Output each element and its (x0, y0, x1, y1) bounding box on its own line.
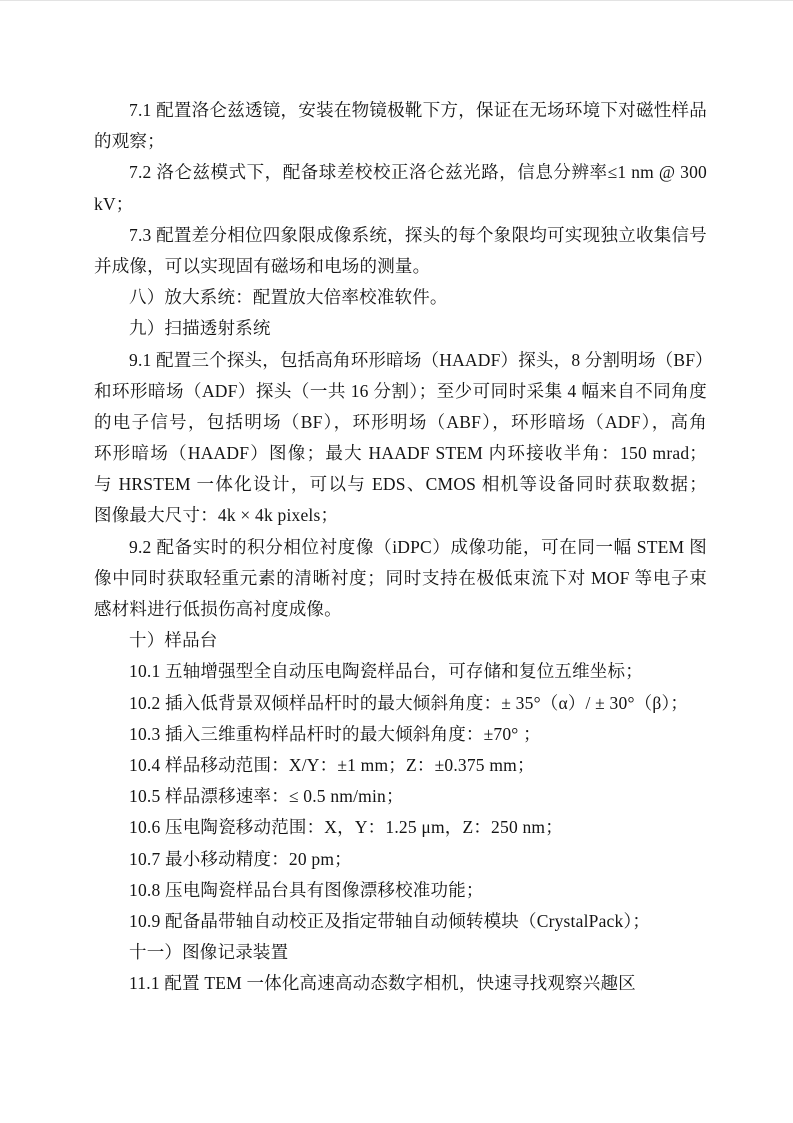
text-line: 10.8 压电陶瓷样品台具有图像漂移校准功能； (94, 875, 707, 906)
document-page: 7.1 配置洛仑兹透镜，安装在物镜极靴下方，保证在无场环境下对磁性样品的观察；7… (0, 1, 793, 1123)
text-line: 十一）图像记录装置 (94, 937, 707, 968)
text-line: 的电子信号，包括明场（BF），环形明场（ABF），环形暗场（ADF），高角 (94, 407, 707, 438)
text-line: 11.1 配置 TEM 一体化高速高动态数字相机，快速寻找观察兴趣区 (94, 968, 707, 999)
text-line: 十）样品台 (94, 625, 707, 656)
text-line: 10.2 插入低背景双倾样品杆时的最大倾斜角度：± 35°（α）/ ± 30°（… (94, 688, 707, 719)
text-line: 9.1 配置三个探头，包括高角环形暗场（HAADF）探头，8 分割明场（BF） (94, 345, 707, 376)
text-line: 7.3 配置差分相位四象限成像系统，探头的每个象限均可实现独立收集信号 (94, 220, 707, 251)
text-line: 9.2 配备实时的积分相位衬度像（iDPC）成像功能，可在同一幅 STEM 图 (94, 532, 707, 563)
text-line: kV； (94, 189, 707, 220)
text-line: 感材料进行低损伤高衬度成像。 (94, 594, 707, 625)
text-line: 环形暗场（HAADF）图像；最大 HAADF STEM 内环接收半角：150 m… (94, 438, 707, 469)
text-line: 7.2 洛仑兹模式下，配备球差校校正洛仑兹光路，信息分辨率≤1 nm @ 300 (94, 157, 707, 188)
text-line: 八）放大系统：配置放大倍率校准软件。 (94, 282, 707, 313)
text-line: 10.4 样品移动范围：X/Y：±1 mm；Z：±0.375 mm； (94, 750, 707, 781)
text-line: 10.7 最小移动精度：20 pm； (94, 844, 707, 875)
text-line: 与 HRSTEM 一体化设计，可以与 EDS、CMOS 相机等设备同时获取数据；… (94, 469, 707, 500)
text-line: 10.9 配备晶带轴自动校正及指定带轴自动倾转模块（CrystalPack）； (94, 906, 707, 937)
text-line: 并成像，可以实现固有磁场和电场的测量。 (94, 251, 707, 282)
text-line: 10.5 样品漂移速率：≤ 0.5 nm/min； (94, 781, 707, 812)
text-line: 10.3 插入三维重构样品杆时的最大倾斜角度：±70° ； (94, 719, 707, 750)
text-line: 图像最大尺寸：4k × 4k pixels； (94, 500, 707, 531)
text-line: 九）扫描透射系统 (94, 313, 707, 344)
text-line: 10.6 压电陶瓷移动范围：X，Y：1.25 μm，Z：250 nm； (94, 812, 707, 843)
document-viewport: { "document": { "type": "specification-p… (0, 0, 793, 1123)
text-line: 7.1 配置洛仑兹透镜，安装在物镜极靴下方，保证在无场环境下对磁性样品 (94, 95, 707, 126)
document-text-block: 7.1 配置洛仑兹透镜，安装在物镜极靴下方，保证在无场环境下对磁性样品的观察；7… (94, 95, 707, 999)
text-line: 的观察； (94, 126, 707, 157)
text-line: 像中同时获取轻重元素的清晰衬度；同时支持在极低束流下对 MOF 等电子束敏 (94, 563, 707, 594)
text-line: 10.1 五轴增强型全自动压电陶瓷样品台，可存储和复位五维坐标； (94, 656, 707, 687)
text-line: 和环形暗场（ADF）探头（一共 16 分割）；至少可同时采集 4 幅来自不同角度 (94, 376, 707, 407)
